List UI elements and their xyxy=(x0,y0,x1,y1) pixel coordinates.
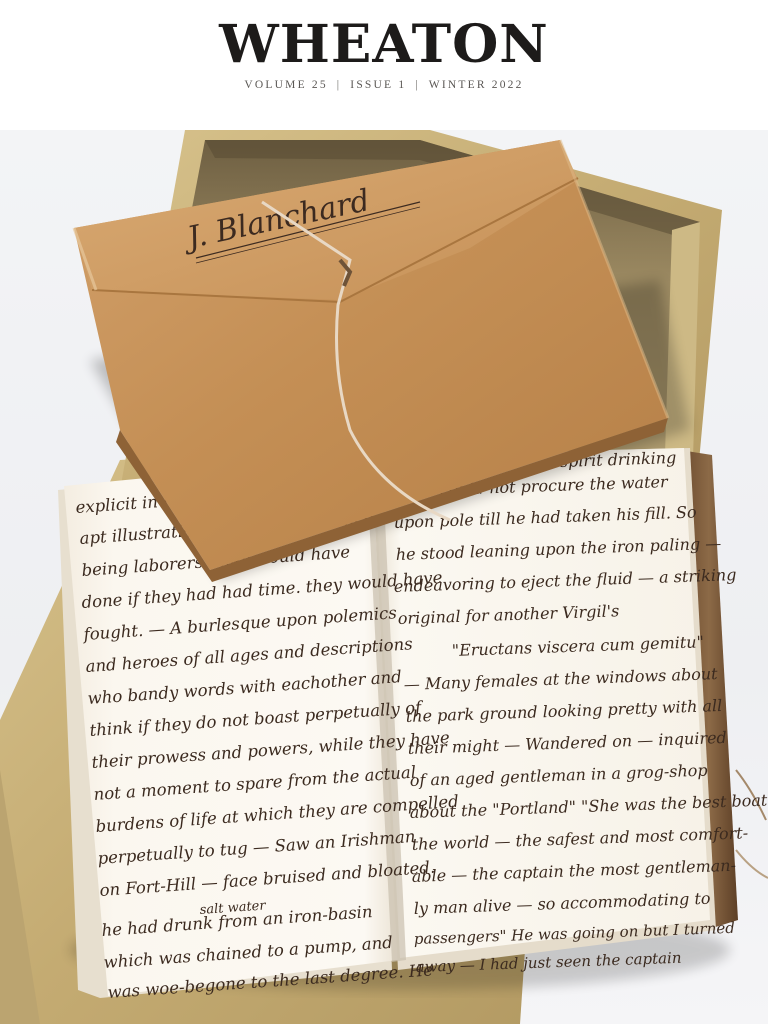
issue-info: VOLUME 25|ISSUE 1|WINTER 2022 xyxy=(0,79,768,91)
issue-label: ISSUE 1 xyxy=(350,79,406,91)
masthead: WHEATON VOLUME 25|ISSUE 1|WINTER 2022 xyxy=(0,0,768,130)
leather-envelope: J. Blanchard xyxy=(0,130,768,1024)
cover-photo: explicit in his apt illustration of huma… xyxy=(0,130,768,1024)
magazine-title: WHEATON xyxy=(0,14,768,76)
separator: | xyxy=(337,79,342,91)
separator: | xyxy=(415,79,420,91)
season-label: WINTER 2022 xyxy=(429,79,524,91)
volume-label: VOLUME 25 xyxy=(244,79,327,91)
